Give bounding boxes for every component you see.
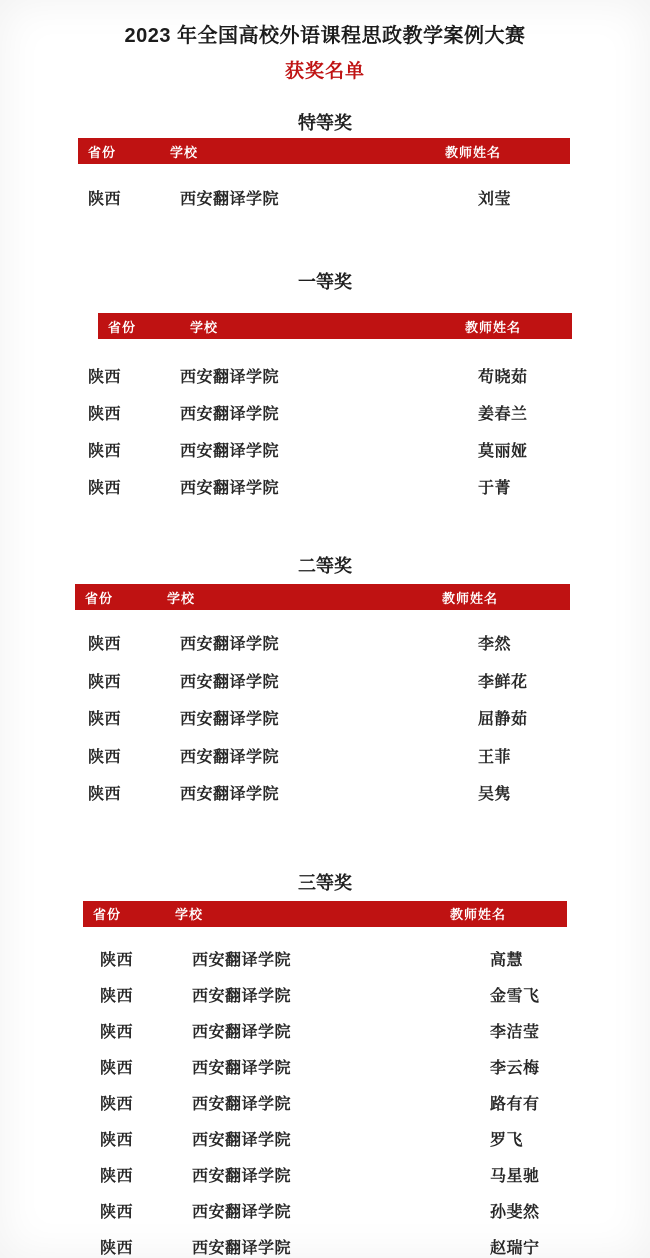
table-header-row: 省份 学校 教师姓名 bbox=[83, 901, 567, 927]
cell-province: 陕西 bbox=[88, 631, 180, 654]
cell-teacher: 李洁莹 bbox=[490, 1019, 570, 1042]
award-section: 一等奖 省份 学校 教师姓名 陕西 西安翻译学院 苟晓茹 陕西 西安翻译学院 姜… bbox=[0, 272, 650, 505]
cell-school: 西安翻译学院 bbox=[180, 475, 478, 498]
cell-province: 陕西 bbox=[100, 947, 192, 970]
cell-teacher: 金雪飞 bbox=[490, 983, 570, 1006]
cell-school: 西安翻译学院 bbox=[192, 1235, 490, 1258]
column-header-teacher: 教师姓名 bbox=[442, 588, 570, 607]
cell-school: 西安翻译学院 bbox=[180, 631, 478, 654]
cell-province: 陕西 bbox=[88, 706, 180, 729]
cell-teacher: 于菁 bbox=[478, 475, 570, 498]
column-header-teacher: 教师姓名 bbox=[450, 904, 567, 923]
table-row: 陕西 西安翻译学院 马星驰 bbox=[90, 1157, 570, 1193]
cell-province: 陕西 bbox=[88, 781, 180, 804]
cell-teacher: 李然 bbox=[478, 631, 570, 654]
award-section: 特等奖 省份 学校 教师姓名 陕西 西安翻译学院 刘莹 bbox=[0, 113, 650, 216]
column-header-teacher: 教师姓名 bbox=[445, 142, 570, 161]
cell-school: 西安翻译学院 bbox=[180, 401, 478, 424]
cell-school: 西安翻译学院 bbox=[180, 781, 478, 804]
table-row: 陕西 西安翻译学院 罗飞 bbox=[90, 1121, 570, 1157]
cell-school: 西安翻译学院 bbox=[180, 706, 478, 729]
award-table: 省份 学校 教师姓名 陕西 西安翻译学院 苟晓茹 陕西 西安翻译学院 姜春兰 陕… bbox=[78, 313, 570, 505]
page-subtitle: 获奖名单 bbox=[0, 61, 650, 83]
table-header-row: 省份 学校 教师姓名 bbox=[75, 584, 570, 610]
cell-teacher: 刘莹 bbox=[478, 186, 570, 209]
cell-teacher: 罗飞 bbox=[490, 1127, 570, 1150]
cell-teacher: 吴隽 bbox=[478, 781, 570, 804]
cell-school: 西安翻译学院 bbox=[180, 364, 478, 387]
award-table: 省份 学校 教师姓名 陕西 西安翻译学院 刘莹 bbox=[78, 138, 570, 216]
table-row: 陕西 西安翻译学院 吴隽 bbox=[78, 774, 570, 812]
cell-teacher: 苟晓茹 bbox=[478, 364, 570, 387]
cell-teacher: 赵瑞宁 bbox=[490, 1235, 570, 1258]
column-header-province: 省份 bbox=[88, 142, 170, 161]
table-row: 陕西 西安翻译学院 李云梅 bbox=[90, 1049, 570, 1085]
cell-teacher: 高慧 bbox=[490, 947, 570, 970]
cell-province: 陕西 bbox=[88, 364, 180, 387]
award-table: 省份 学校 教师姓名 陕西 西安翻译学院 高慧 陕西 西安翻译学院 金雪飞 陕西… bbox=[78, 901, 570, 1258]
cell-province: 陕西 bbox=[100, 1199, 192, 1222]
cell-province: 陕西 bbox=[100, 1127, 192, 1150]
column-header-school: 学校 bbox=[167, 588, 442, 607]
table-row: 陕西 西安翻译学院 赵瑞宁 bbox=[90, 1229, 570, 1258]
award-title: 三等奖 bbox=[0, 873, 650, 893]
cell-teacher: 李云梅 bbox=[490, 1055, 570, 1078]
cell-teacher: 路有有 bbox=[490, 1091, 570, 1114]
cell-school: 西安翻译学院 bbox=[192, 1019, 490, 1042]
table-row: 陕西 西安翻译学院 屈静茹 bbox=[78, 699, 570, 737]
cell-school: 西安翻译学院 bbox=[192, 1199, 490, 1222]
cell-teacher: 李鲜花 bbox=[478, 669, 570, 692]
cell-school: 西安翻译学院 bbox=[192, 983, 490, 1006]
table-row: 陕西 西安翻译学院 李洁莹 bbox=[90, 1013, 570, 1049]
cell-province: 陕西 bbox=[88, 186, 180, 209]
cell-province: 陕西 bbox=[100, 983, 192, 1006]
award-document: 2023 年全国高校外语课程思政教学案例大赛 获奖名单 特等奖 省份 学校 教师… bbox=[0, 0, 650, 1258]
column-header-school: 学校 bbox=[190, 317, 465, 336]
cell-teacher: 王菲 bbox=[478, 744, 570, 767]
cell-province: 陕西 bbox=[88, 475, 180, 498]
cell-school: 西安翻译学院 bbox=[180, 438, 478, 461]
cell-province: 陕西 bbox=[88, 669, 180, 692]
award-section: 二等奖 省份 学校 教师姓名 陕西 西安翻译学院 李然 陕西 西安翻译学院 李鲜… bbox=[0, 556, 650, 812]
cell-teacher: 孙斐然 bbox=[490, 1199, 570, 1222]
cell-province: 陕西 bbox=[100, 1163, 192, 1186]
cell-province: 陕西 bbox=[100, 1019, 192, 1042]
table-row: 陕西 西安翻译学院 金雪飞 bbox=[90, 977, 570, 1013]
table-row: 陕西 西安翻译学院 苟晓茹 bbox=[78, 357, 570, 394]
column-header-school: 学校 bbox=[170, 142, 445, 161]
cell-teacher: 姜春兰 bbox=[478, 401, 570, 424]
cell-school: 西安翻译学院 bbox=[180, 186, 478, 209]
table-header-row: 省份 学校 教师姓名 bbox=[78, 138, 570, 164]
table-row: 陕西 西安翻译学院 路有有 bbox=[90, 1085, 570, 1121]
cell-school: 西安翻译学院 bbox=[192, 947, 490, 970]
cell-province: 陕西 bbox=[88, 401, 180, 424]
table-body: 陕西 西安翻译学院 高慧 陕西 西安翻译学院 金雪飞 陕西 西安翻译学院 李洁莹… bbox=[90, 941, 570, 1258]
table-row: 陕西 西安翻译学院 李然 bbox=[78, 624, 570, 662]
column-header-school: 学校 bbox=[175, 904, 450, 923]
award-section: 三等奖 省份 学校 教师姓名 陕西 西安翻译学院 高慧 陕西 西安翻译学院 金雪… bbox=[0, 873, 650, 1258]
cell-teacher: 莫丽娅 bbox=[478, 438, 570, 461]
cell-province: 陕西 bbox=[100, 1091, 192, 1114]
table-row: 陕西 西安翻译学院 于菁 bbox=[78, 468, 570, 505]
column-header-teacher: 教师姓名 bbox=[465, 317, 572, 336]
cell-teacher: 屈静茹 bbox=[478, 706, 570, 729]
cell-school: 西安翻译学院 bbox=[180, 744, 478, 767]
table-row: 陕西 西安翻译学院 莫丽娅 bbox=[78, 431, 570, 468]
cell-school: 西安翻译学院 bbox=[192, 1127, 490, 1150]
column-header-province: 省份 bbox=[85, 588, 167, 607]
table-body: 陕西 西安翻译学院 苟晓茹 陕西 西安翻译学院 姜春兰 陕西 西安翻译学院 莫丽… bbox=[78, 357, 570, 505]
award-title: 一等奖 bbox=[0, 272, 650, 292]
column-header-province: 省份 bbox=[93, 904, 175, 923]
table-row: 陕西 西安翻译学院 姜春兰 bbox=[78, 394, 570, 431]
table-row: 陕西 西安翻译学院 刘莹 bbox=[78, 179, 570, 216]
award-table: 省份 学校 教师姓名 陕西 西安翻译学院 李然 陕西 西安翻译学院 李鲜花 陕西… bbox=[78, 584, 570, 812]
table-row: 陕西 西安翻译学院 孙斐然 bbox=[90, 1193, 570, 1229]
cell-province: 陕西 bbox=[88, 438, 180, 461]
table-row: 陕西 西安翻译学院 高慧 bbox=[90, 941, 570, 977]
award-title: 特等奖 bbox=[0, 113, 650, 133]
cell-teacher: 马星驰 bbox=[490, 1163, 570, 1186]
table-row: 陕西 西安翻译学院 王菲 bbox=[78, 737, 570, 775]
cell-province: 陕西 bbox=[100, 1235, 192, 1258]
table-body: 陕西 西安翻译学院 李然 陕西 西安翻译学院 李鲜花 陕西 西安翻译学院 屈静茹… bbox=[78, 624, 570, 812]
table-header-row: 省份 学校 教师姓名 bbox=[98, 313, 572, 339]
cell-school: 西安翻译学院 bbox=[192, 1091, 490, 1114]
cell-school: 西安翻译学院 bbox=[192, 1163, 490, 1186]
table-body: 陕西 西安翻译学院 刘莹 bbox=[78, 179, 570, 216]
cell-province: 陕西 bbox=[88, 744, 180, 767]
cell-province: 陕西 bbox=[100, 1055, 192, 1078]
page-title: 2023 年全国高校外语课程思政教学案例大赛 bbox=[0, 24, 650, 48]
cell-school: 西安翻译学院 bbox=[180, 669, 478, 692]
table-row: 陕西 西安翻译学院 李鲜花 bbox=[78, 662, 570, 700]
award-sections: 特等奖 省份 学校 教师姓名 陕西 西安翻译学院 刘莹 一等奖 省份 学校 教师… bbox=[0, 113, 650, 1258]
column-header-province: 省份 bbox=[108, 317, 190, 336]
award-title: 二等奖 bbox=[0, 556, 650, 576]
cell-school: 西安翻译学院 bbox=[192, 1055, 490, 1078]
